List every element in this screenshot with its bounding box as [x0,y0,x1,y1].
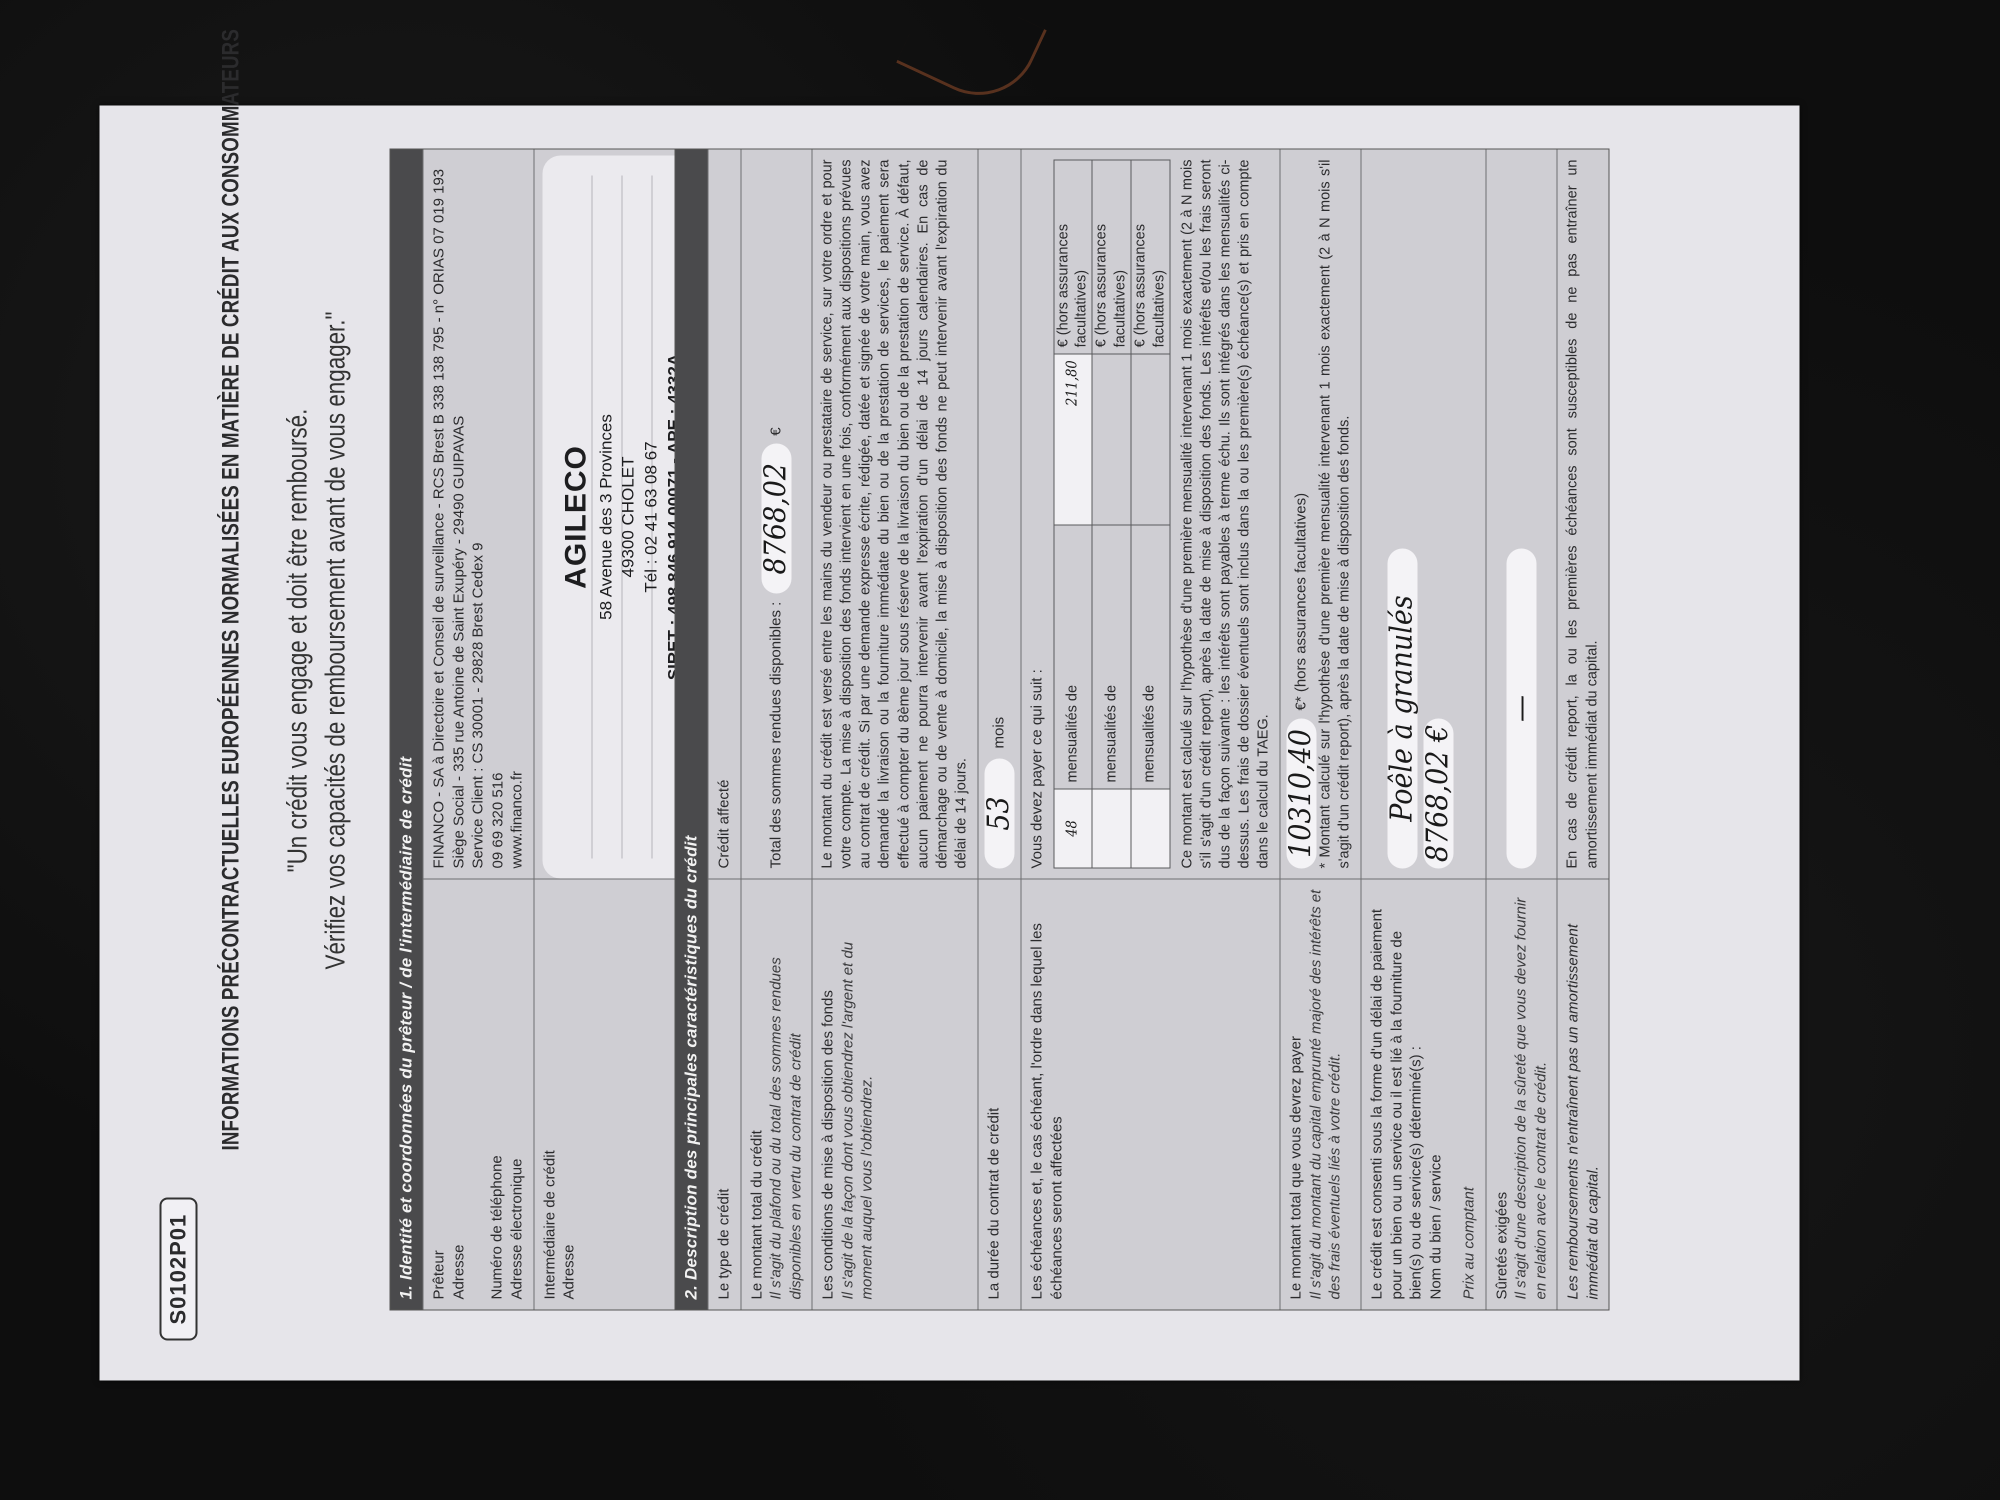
value-repayments: En cas de crédit report, la ou les premi… [1558,150,1609,879]
goods-name-field[interactable]: Poêle à granulés [1388,549,1418,869]
goods-price-handwritten: 8768,02 € [1421,725,1456,862]
lender-row: Prêteur Adresse Numéro de téléphone Adre… [423,150,534,1310]
row-goods: Le crédit est consenti sous la forme d'u… [1361,150,1486,1310]
value-disbursement-text: Le montant du crédit est versé entre les… [813,150,978,879]
total-credit-field[interactable]: 8768,02 [761,444,791,594]
label-disbursement-title: Les conditions de mise à disposition des… [819,890,839,1300]
row-disbursement-conditions: Les conditions de mise à disposition des… [812,150,978,1310]
label-goods-name: Nom du bien / service [1426,890,1446,1300]
installment-suffix: € (hors assurances facultatives) [1131,160,1170,354]
total-credit-handwritten: 8768,02 [758,463,793,575]
value-credit-type: Crédit affecté [709,150,741,879]
label-installments: Les échéances et, le cas échéant, l'ordr… [1022,879,1280,1310]
installments-intro: Vous devez payer ce qui suit : [1028,160,1048,869]
row-installments: Les échéances et, le cas échéant, l'ordr… [1021,150,1280,1310]
installment-label: mensualités de [1131,525,1170,789]
installment-suffix: € (hors assurances facultatives) [1054,160,1093,354]
lender-customer-service: Service Client : CS 30001 - 29828 Brest … [469,160,489,869]
lender-name: FINANCO - SA à Directoire et Conseil de … [430,160,450,869]
installments-note: Ce montant est calculé sur l'hypothèse d… [1178,160,1274,869]
document-photo: S0102P01 INFORMATIONS PRÉCONTRACTUELLES … [100,105,1800,1380]
section-2-header: 2. Description des principales caractéri… [676,150,708,1310]
label-total-credit-title: Le montant total du crédit [747,890,767,1300]
stamp-company: AGILECO [556,156,595,879]
row-total-credit: Le montant total du crédit Il s'agit du … [740,150,812,1310]
installment-label: mensualités de [1092,525,1131,789]
total-to-pay-unit: €* (hors assurances facultatives) [1292,493,1312,711]
warning-quote-line2: Vérifiez vos capacités de remboursement … [320,281,352,1001]
installments-table: 48 mensualités de 211,80 € (hors assuran… [1053,160,1170,869]
installment-amount-field[interactable] [1131,354,1170,525]
total-to-pay-field[interactable]: 10310,40 [1287,719,1317,869]
installment-amount-field[interactable] [1092,354,1131,525]
background-twig [896,0,1047,115]
installment-count-field[interactable]: 48 [1054,789,1093,868]
value-installments: Vous devez payer ce qui suit : 48 mensua… [1022,150,1280,879]
row-total-to-pay: Le montant total que vous devrez payer I… [1280,150,1361,1310]
label-total-to-pay-sub: Il s'agit du montant du capital emprunté… [1306,890,1345,1300]
installment-line: mensualités de € (hors assurances facult… [1131,160,1170,868]
reference-code: S0102P01 [160,1198,198,1341]
label-guarantees-sub: Il s'agit d'une description de la sûreté… [1512,890,1551,1300]
label-intermediary-address: Adresse [560,890,580,1300]
warning-quote-line1: "Un crédit vous engage et doit être remb… [282,281,314,1001]
row-credit-type: Le type de crédit Crédit affecté [708,150,741,1310]
duration-unit: mois [990,717,1010,749]
lender-values: FINANCO - SA à Directoire et Conseil de … [424,150,534,879]
label-goods: Le crédit est consenti sous la forme d'u… [1362,879,1486,1310]
label-total-credit: Le montant total du crédit Il s'agit du … [741,879,812,1310]
lender-head-office: Siège Social - 335 rue Antoine de Saint … [449,160,469,869]
label-total-to-pay-title: Le montant total que vous devrez payer [1287,890,1307,1300]
label-goods-title: Le crédit est consenti sous la forme d'u… [1368,890,1427,1300]
lender-labels: Prêteur Adresse Numéro de téléphone Adre… [424,879,534,1310]
lender-website: www.financo.fr [508,160,528,869]
euro-unit: € [767,427,787,435]
label-goods-price: Prix au comptant [1460,890,1480,1300]
total-to-pay-handwritten: 10310,40 [1284,729,1319,858]
row-guarantees: Sûretés exigées Il s'agit d'une descript… [1485,150,1557,1310]
label-lender: Prêteur [430,890,450,1300]
value-total-to-pay: 10310,40 €* (hors assurances facultative… [1281,150,1361,879]
installment-line: mensualités de € (hors assurances facult… [1092,160,1131,868]
label-guarantees: Sûretés exigées Il s'agit d'une descript… [1486,879,1557,1310]
stamp-address: 58 Avenue des 3 Provinces [595,156,618,879]
duration-field[interactable]: 53 [985,759,1015,869]
company-stamp: AGILECO 58 Avenue des 3 Provinces 49300 … [556,156,687,879]
label-repayments: Les remboursements n'entraînent pas un a… [1558,879,1609,1310]
stamp-city: 49300 CHOLET [618,156,641,879]
document-title: INFORMATIONS PRÉCONTRACTUELLES EUROPÉENN… [218,371,246,1151]
label-disbursement: Les conditions de mise à disposition des… [813,879,978,1310]
label-total-credit-sub: Il s'agit du plafond ou du total des som… [767,890,806,1300]
label-disbursement-sub: Il s'agit de la façon dont vous obtiendr… [838,890,877,1300]
row-duration: La durée du contrat de crédit 53 mois [978,150,1021,1310]
installment-count-field[interactable] [1131,789,1170,868]
installment-label: mensualités de [1054,525,1093,789]
lender-phone: 09 69 320 516 [488,160,508,869]
label-duration: La durée du contrat de crédit [979,879,1021,1310]
total-credit-prefix: Total des sommes rendues disponibles : [767,602,787,869]
label-phone: Numéro de téléphone [488,890,508,1300]
total-to-pay-note: * Montant calculé sur l'hypothèse d'une … [1317,160,1355,869]
label-total-to-pay: Le montant total que vous devrez payer I… [1281,879,1361,1310]
installment-amount-field[interactable]: 211,80 [1054,354,1093,525]
goods-price-field[interactable]: 8768,02 € [1424,719,1454,869]
value-guarantees: — [1486,150,1557,879]
installment-count-field[interactable] [1092,789,1131,868]
installment-line: 48 mensualités de 211,80 € (hors assuran… [1054,160,1093,868]
value-duration: 53 mois [979,150,1021,879]
label-guarantees-title: Sûretés exigées [1492,890,1512,1300]
goods-name-handwritten: Poêle à granulés [1385,595,1420,821]
label-email: Adresse électronique [507,890,527,1300]
section-credit-characteristics: 2. Description des principales caractéri… [675,149,1610,1311]
paper-sheet: S0102P01 INFORMATIONS PRÉCONTRACTUELLES … [100,106,1800,1381]
section-1-header: 1. Identité et coordonnées du prêteur / … [391,150,423,1310]
installment-suffix: € (hors assurances facultatives) [1092,160,1131,354]
stamp-phone: Tél : 02 41 63 08 67 [641,156,664,879]
value-total-credit: Total des sommes rendues disponibles : 8… [741,150,812,879]
row-repayments: Les remboursements n'entraînent pas un a… [1557,150,1609,1310]
guarantees-field[interactable]: — [1507,549,1537,869]
label-address: Adresse [449,890,469,1300]
value-goods: Poêle à granulés 8768,02 € [1362,150,1486,879]
label-credit-type: Le type de crédit [709,879,741,1310]
duration-handwritten: 53 [982,796,1017,830]
section-lender-identity: 1. Identité et coordonnées du prêteur / … [390,149,712,1311]
label-intermediary: Intermédiaire de crédit [540,890,560,1300]
guarantees-handwritten: — [1504,695,1539,722]
